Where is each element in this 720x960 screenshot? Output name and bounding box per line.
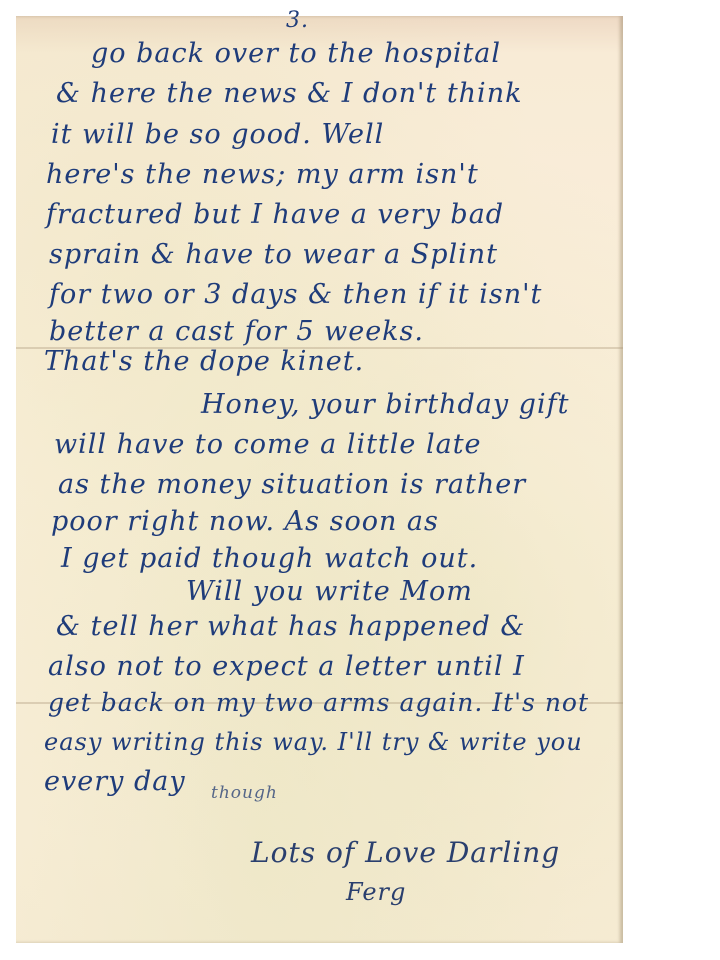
letter-line: fractured but I have a very bad <box>46 199 504 230</box>
letter-line: go back over to the hospital <box>91 38 501 69</box>
letter-line: as the money situation is rather <box>58 469 526 500</box>
letter-line: it will be so good. Well <box>51 119 384 150</box>
letter-line: get back on my two arms again. It's not <box>48 688 589 717</box>
letter-line: for two or 3 days & then if it isn't <box>49 279 542 310</box>
signature: Ferg <box>346 878 406 906</box>
letter-line: also not to expect a letter until I <box>48 651 525 682</box>
letter-line: I get paid though watch out. <box>61 543 478 574</box>
letter-line: will have to come a little late <box>54 429 482 460</box>
letter-line: That's the dope kinet. <box>44 346 364 377</box>
letter-line: sprain & have to wear a Splint <box>49 239 498 270</box>
letter-line: & tell her what has happened & <box>56 611 525 642</box>
letter-line: Honey, your birthday gift <box>201 389 569 420</box>
letter-line: Will you write Mom <box>186 576 473 607</box>
letter-line: poor right now. As soon as <box>51 506 439 537</box>
letter-line: easy writing this way. I'll try & write … <box>44 728 583 756</box>
letter-line: & here the news & I don't think <box>56 78 522 109</box>
letter-aside: though <box>211 783 278 803</box>
letter-line: better a cast for 5 weeks. <box>49 316 424 347</box>
page-number: 3. <box>286 8 309 33</box>
letter-line: every day <box>44 766 186 797</box>
letter-page: 3. go back over to the hospital & here t… <box>16 16 623 943</box>
letter-line: here's the news; my arm isn't <box>46 159 479 190</box>
closing: Lots of Love Darling <box>251 836 560 869</box>
